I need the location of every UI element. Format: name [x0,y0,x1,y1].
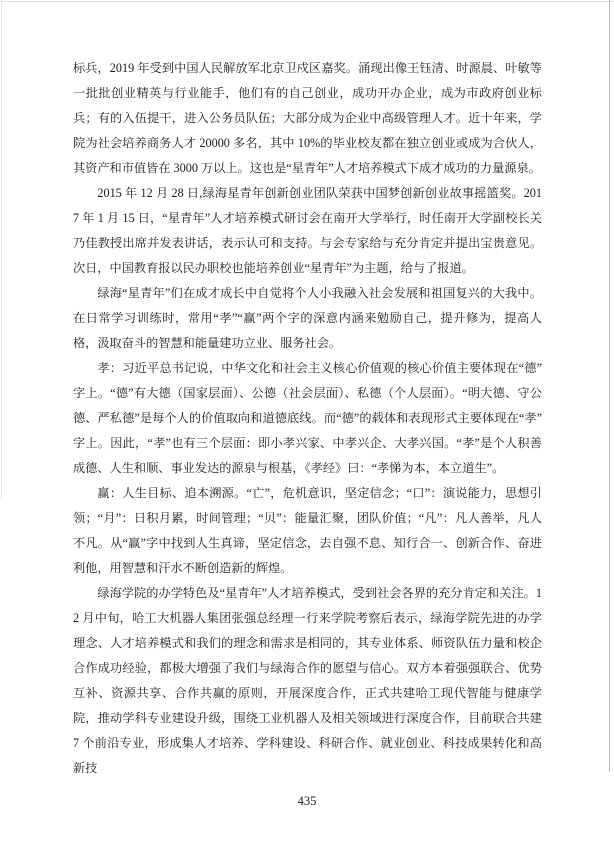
scan-artifact-left-edge [1,0,2,500]
paragraph: 标兵，2019 年受到中国人民解放军北京卫戍区嘉奖。涌现出像王钰清、时源晨、叶敏… [73,56,542,181]
paragraph: 赢：人生目标、追本溯源。“亡”，危机意识，坚定信念；“口”：演说能力，思想引领；… [73,481,542,581]
page-text-block: 标兵，2019 年受到中国人民解放军北京卫戍区嘉奖。涌现出像王钰清、时源晨、叶敏… [73,56,542,781]
document-page: 标兵，2019 年受到中国人民解放军北京卫戍区嘉奖。涌现出像王钰清、时源晨、叶敏… [0,0,614,852]
page-number: 435 [0,793,614,809]
scan-artifact-top-edge [0,1,614,2]
paragraph: 绿海“星青年”们在成才成长中自觉将个人小我融入社会发展和祖国复兴的大我中。在日常… [73,281,542,356]
scan-artifact-right-edge [609,0,610,772]
paragraph: 绿海学院的办学特色及“星青年”人才培养模式，受到社会各界的充分肯定和关注。12 … [73,581,542,781]
paragraph: 2015 年 12 月 28 日,绿海星青年创新创业团队荣获中国梦创新创业故事摇… [73,181,542,281]
paragraph: 孝：习近平总书记说，中华文化和社会主义核心价值观的核心价值主要体现在“德”字上。… [73,356,542,481]
